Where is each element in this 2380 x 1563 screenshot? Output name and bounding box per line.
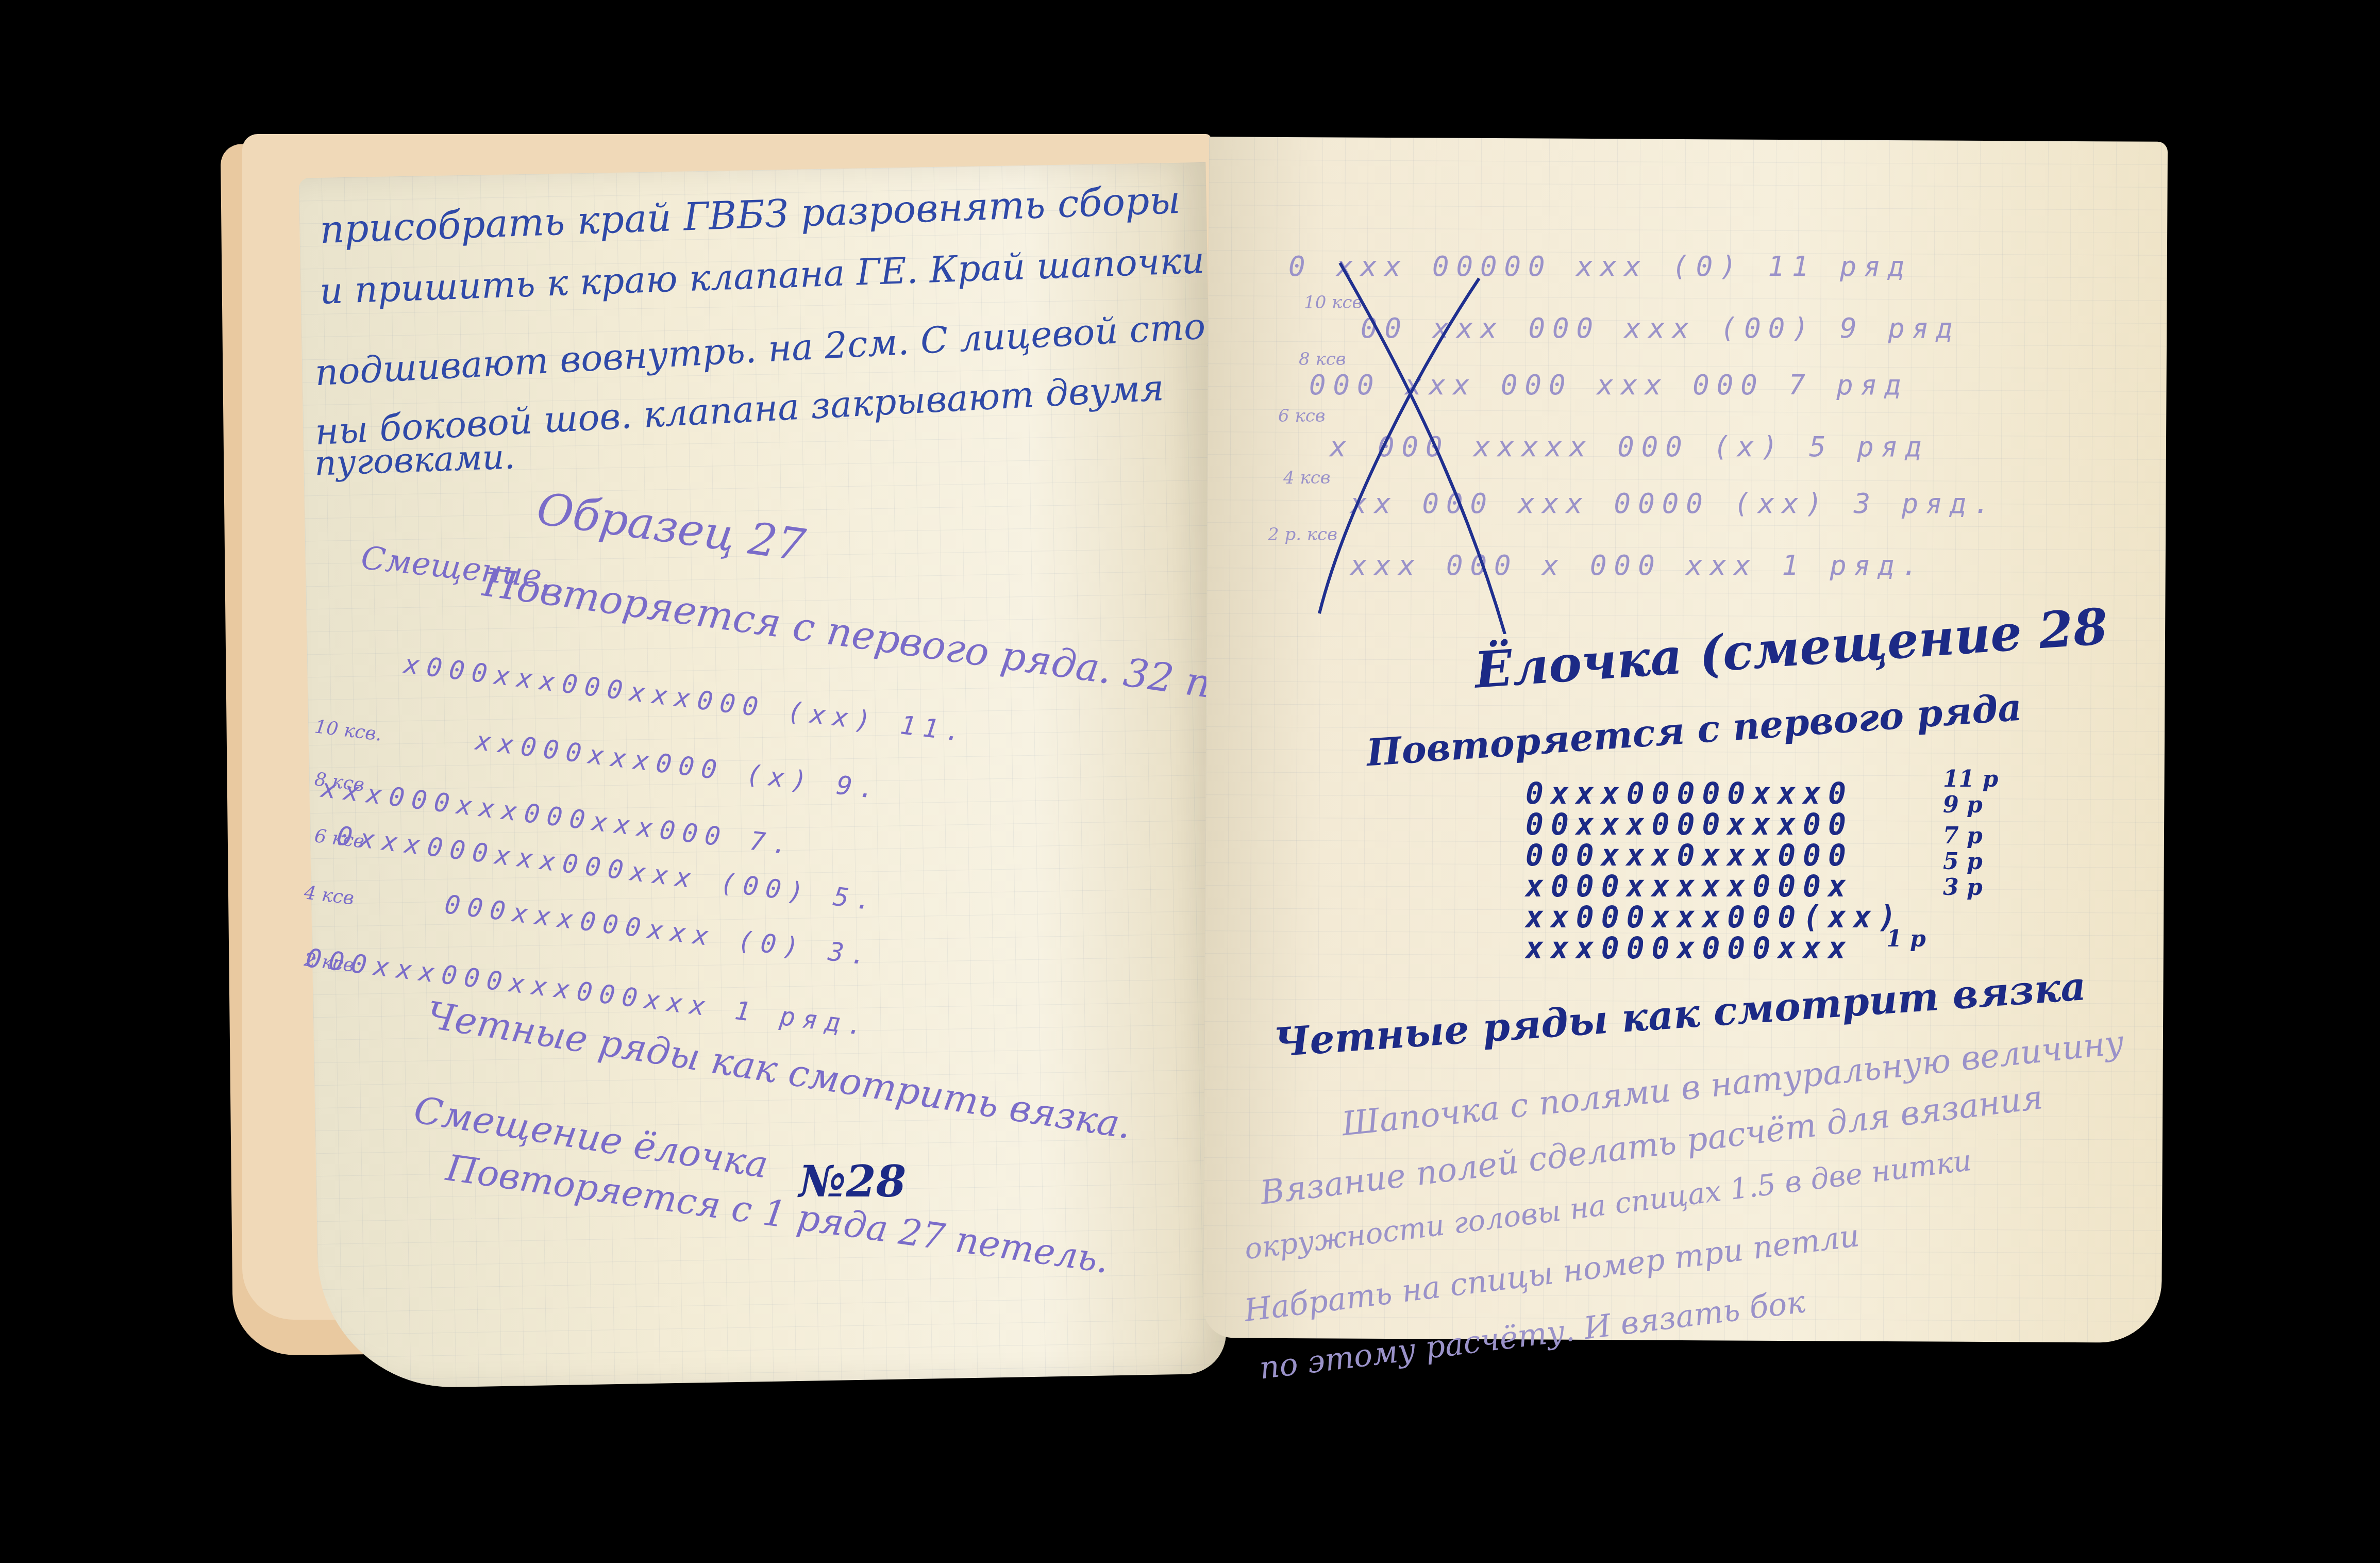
strike-through-x-mark <box>1283 242 1593 634</box>
row-number-label: 3 р <box>1943 876 1983 899</box>
chart-row: 00xxx000xxx00 <box>1526 809 1853 839</box>
notebook-photo: присобрать край ГВБЗ разровнять сборы и … <box>0 0 2380 1563</box>
chart-row: x000xxxxx000x <box>1526 871 1853 901</box>
row-number-label: 11 р <box>1943 768 1998 791</box>
row-number-label: 1 р <box>1886 928 1926 951</box>
row-number-label: 5 р <box>1943 851 1983 873</box>
chart-row: 0xxx00000xxx0 <box>1526 778 1853 808</box>
row-number-label: 7 р <box>1943 825 1983 847</box>
pattern-number: №28 <box>799 1160 906 1203</box>
chart-row: xx000xxx000(xx) <box>1526 902 1904 932</box>
chart-row: xxx000x000xxx <box>1526 933 1853 963</box>
row-number-label: 9 р <box>1943 794 1983 817</box>
paragraph-line: пуговками. <box>314 440 515 481</box>
chart-row: 000xxx0xxx000 <box>1526 840 1853 870</box>
